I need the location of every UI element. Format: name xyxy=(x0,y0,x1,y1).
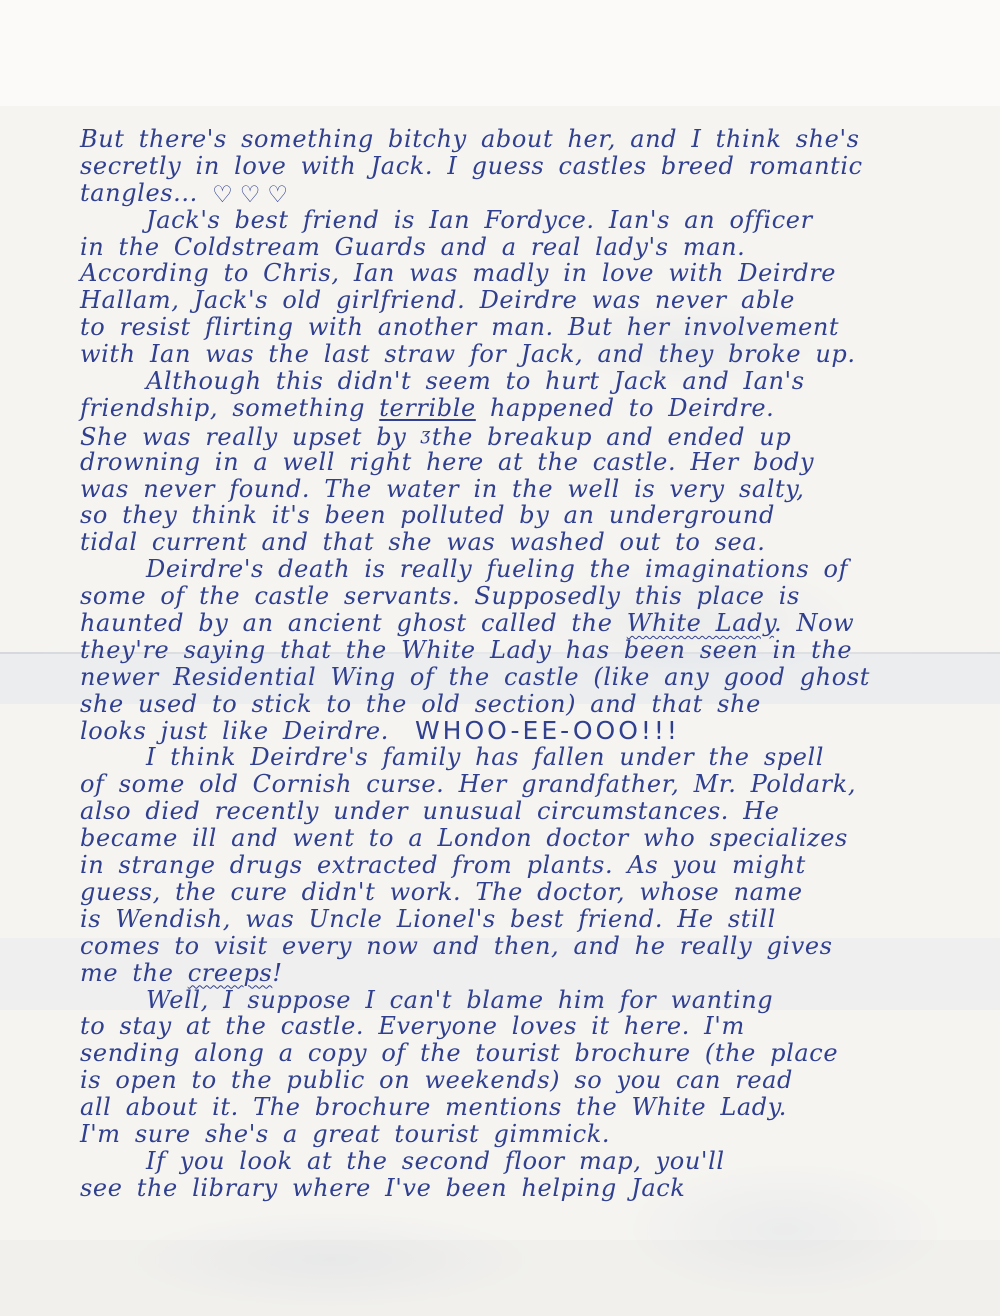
letter-line: sending along a copy of the tourist broc… xyxy=(80,1040,960,1067)
text-segment: I'm sure she's a great tourist gimmick. xyxy=(80,1120,610,1148)
letter-line: in the Coldstream Guards and a real lady… xyxy=(80,234,960,261)
letter-line: drowning in a well right here at the cas… xyxy=(80,449,960,476)
letter-line: I'm sure she's a great tourist gimmick. xyxy=(80,1121,960,1148)
text-segment: of some old Cornish curse. Her grandfath… xyxy=(80,770,856,798)
text-segment: terrible xyxy=(379,394,476,422)
text-segment: with Ian was the last straw for Jack, an… xyxy=(80,340,856,368)
letter-line: tangles... ♡♡♡ xyxy=(80,180,960,207)
text-segment: drowning in a well right here at the cas… xyxy=(80,448,814,476)
text-segment: was never found. The water in the well i… xyxy=(80,475,805,503)
text-segment: comes to visit every now and then, and h… xyxy=(80,932,833,960)
text-segment: became ill and went to a London doctor w… xyxy=(80,824,848,852)
letter-line: all about it. The brochure mentions the … xyxy=(80,1094,960,1121)
letter-line: I think Deirdre's family has fallen unde… xyxy=(80,744,960,771)
letter-line: Although this didn't seem to hurt Jack a… xyxy=(80,368,960,395)
letter-line: became ill and went to a London doctor w… xyxy=(80,825,960,852)
text-segment: me the xyxy=(80,959,188,987)
text-segment: Hallam, Jack's old girlfriend. Deirdre w… xyxy=(80,286,795,314)
text-segment: is open to the public on weekends) so yo… xyxy=(80,1066,793,1094)
text-segment: in the Coldstream Guards and a real lady… xyxy=(80,233,745,261)
text-segment: friendship, something xyxy=(80,394,379,422)
text-segment: I think Deirdre's family has fallen unde… xyxy=(146,743,824,771)
text-segment: newer Residential Wing of the castle (li… xyxy=(80,663,870,691)
letter-line: was never found. The water in the well i… xyxy=(80,476,960,503)
letter-line: to stay at the castle. Everyone loves it… xyxy=(80,1013,960,1040)
heart-doodles: ♡♡♡ xyxy=(212,182,295,208)
text-segment: She was really upset by xyxy=(80,423,421,451)
text-segment: Deirdre's death is really fueling the im… xyxy=(146,555,848,583)
letter-line: is Wendish, was Uncle Lionel's best frie… xyxy=(80,906,960,933)
letter-line: comes to visit every now and then, and h… xyxy=(80,933,960,960)
letter-line: newer Residential Wing of the castle (li… xyxy=(80,664,960,691)
text-segment: the breakup and ended up xyxy=(432,423,791,451)
text-segment: so they think it's been polluted by an u… xyxy=(80,501,775,529)
letter-line: see the library where I've been helping … xyxy=(80,1175,960,1202)
letter-line: with Ian was the last straw for Jack, an… xyxy=(80,341,960,368)
text-segment: White Lady xyxy=(627,609,774,637)
text-segment: guess, the cure didn't work. The doctor,… xyxy=(80,878,803,906)
letter-line: According to Chris, Ian was madly in lov… xyxy=(80,260,960,287)
text-segment: she used to stick to the old section) an… xyxy=(80,690,761,718)
text-segment: is Wendish, was Uncle Lionel's best frie… xyxy=(80,905,776,933)
text-segment: But there's something bitchy about her, … xyxy=(80,125,860,153)
text-segment: see the library where I've been helping … xyxy=(80,1174,685,1202)
letter-line: haunted by an ancient ghost called the W… xyxy=(80,610,960,637)
letter-line: But there's something bitchy about her, … xyxy=(80,126,960,153)
text-segment: happened to Deirdre. xyxy=(476,394,775,422)
letter-line: secretly in love with Jack. I guess cast… xyxy=(80,153,960,180)
letter-line: tidal current and that she was washed ou… xyxy=(80,529,960,556)
text-segment: they're saying that the White Lady has b… xyxy=(80,636,852,664)
letter-line: guess, the cure didn't work. The doctor,… xyxy=(80,879,960,906)
letter-line: in strange drugs extracted from plants. … xyxy=(80,852,960,879)
text-segment: Although this didn't seem to hurt Jack a… xyxy=(146,367,805,395)
letter-line: so they think it's been polluted by an u… xyxy=(80,502,960,529)
text-segment: Jack's best friend is Ian Fordyce. Ian's… xyxy=(146,206,813,234)
paper-bottom-edge xyxy=(0,1240,1000,1316)
letter-line: also died recently under unusual circums… xyxy=(80,798,960,825)
text-segment: haunted by an ancient ghost called the xyxy=(80,609,627,637)
text-segment: some of the castle servants. Supposedly … xyxy=(80,582,800,610)
text-segment: to resist flirting with another man. But… xyxy=(80,313,839,341)
text-segment: also died recently under unusual circums… xyxy=(80,797,780,825)
text-segment: secretly in love with Jack. I guess cast… xyxy=(80,152,863,180)
letter-line: friendship, something terrible happened … xyxy=(80,395,960,422)
text-segment: sending along a copy of the tourist broc… xyxy=(80,1039,838,1067)
letter-line: to resist flirting with another man. But… xyxy=(80,314,960,341)
letter-line: Well, I suppose I can't blame him for wa… xyxy=(80,987,960,1014)
letter-line: She was really upset by ʒthe breakup and… xyxy=(80,422,960,449)
letter-line: she used to stick to the old section) an… xyxy=(80,691,960,718)
letter-line: me the creeps! xyxy=(80,960,960,987)
text-segment: creeps xyxy=(188,959,273,987)
letter-line: they're saying that the White Lady has b… xyxy=(80,637,960,664)
letter-line: is open to the public on weekends) so yo… xyxy=(80,1067,960,1094)
ghost-sound-text: WHOO-EE-OOO!!! xyxy=(415,716,680,745)
ink-showthrough xyxy=(120,1210,540,1310)
text-segment: If you look at the second floor map, you… xyxy=(146,1147,725,1175)
text-segment: tidal current and that she was washed ou… xyxy=(80,528,766,556)
letter-body: But there's something bitchy about her, … xyxy=(80,126,960,1202)
letter-line: some of the castle servants. Supposedly … xyxy=(80,583,960,610)
text-segment: Well, I suppose I can't blame him for wa… xyxy=(146,986,773,1014)
letter-line: Jack's best friend is Ian Fordyce. Ian's… xyxy=(80,207,960,234)
crossed-out-mark: ʒ xyxy=(421,425,431,445)
text-segment: in strange drugs extracted from plants. … xyxy=(80,851,806,879)
text-segment: all about it. The brochure mentions the … xyxy=(80,1093,787,1121)
letter-line: If you look at the second floor map, you… xyxy=(80,1148,960,1175)
text-segment: looks just like Deirdre. xyxy=(80,717,389,745)
text-segment: According to Chris, Ian was madly in lov… xyxy=(80,259,836,287)
text-segment: to stay at the castle. Everyone loves it… xyxy=(80,1012,745,1040)
letter-line: Deirdre's death is really fueling the im… xyxy=(80,556,960,583)
letter-line: of some old Cornish curse. Her grandfath… xyxy=(80,771,960,798)
text-segment: . Now xyxy=(774,609,854,637)
letter-page: But there's something bitchy about her, … xyxy=(0,0,1000,1316)
text-segment: ! xyxy=(272,959,282,987)
letter-line: Hallam, Jack's old girlfriend. Deirdre w… xyxy=(80,287,960,314)
text-segment: tangles... xyxy=(80,179,212,207)
paper-top-edge xyxy=(0,0,1000,106)
letter-line: looks just like Deirdre.WHOO-EE-OOO!!! xyxy=(80,718,960,745)
